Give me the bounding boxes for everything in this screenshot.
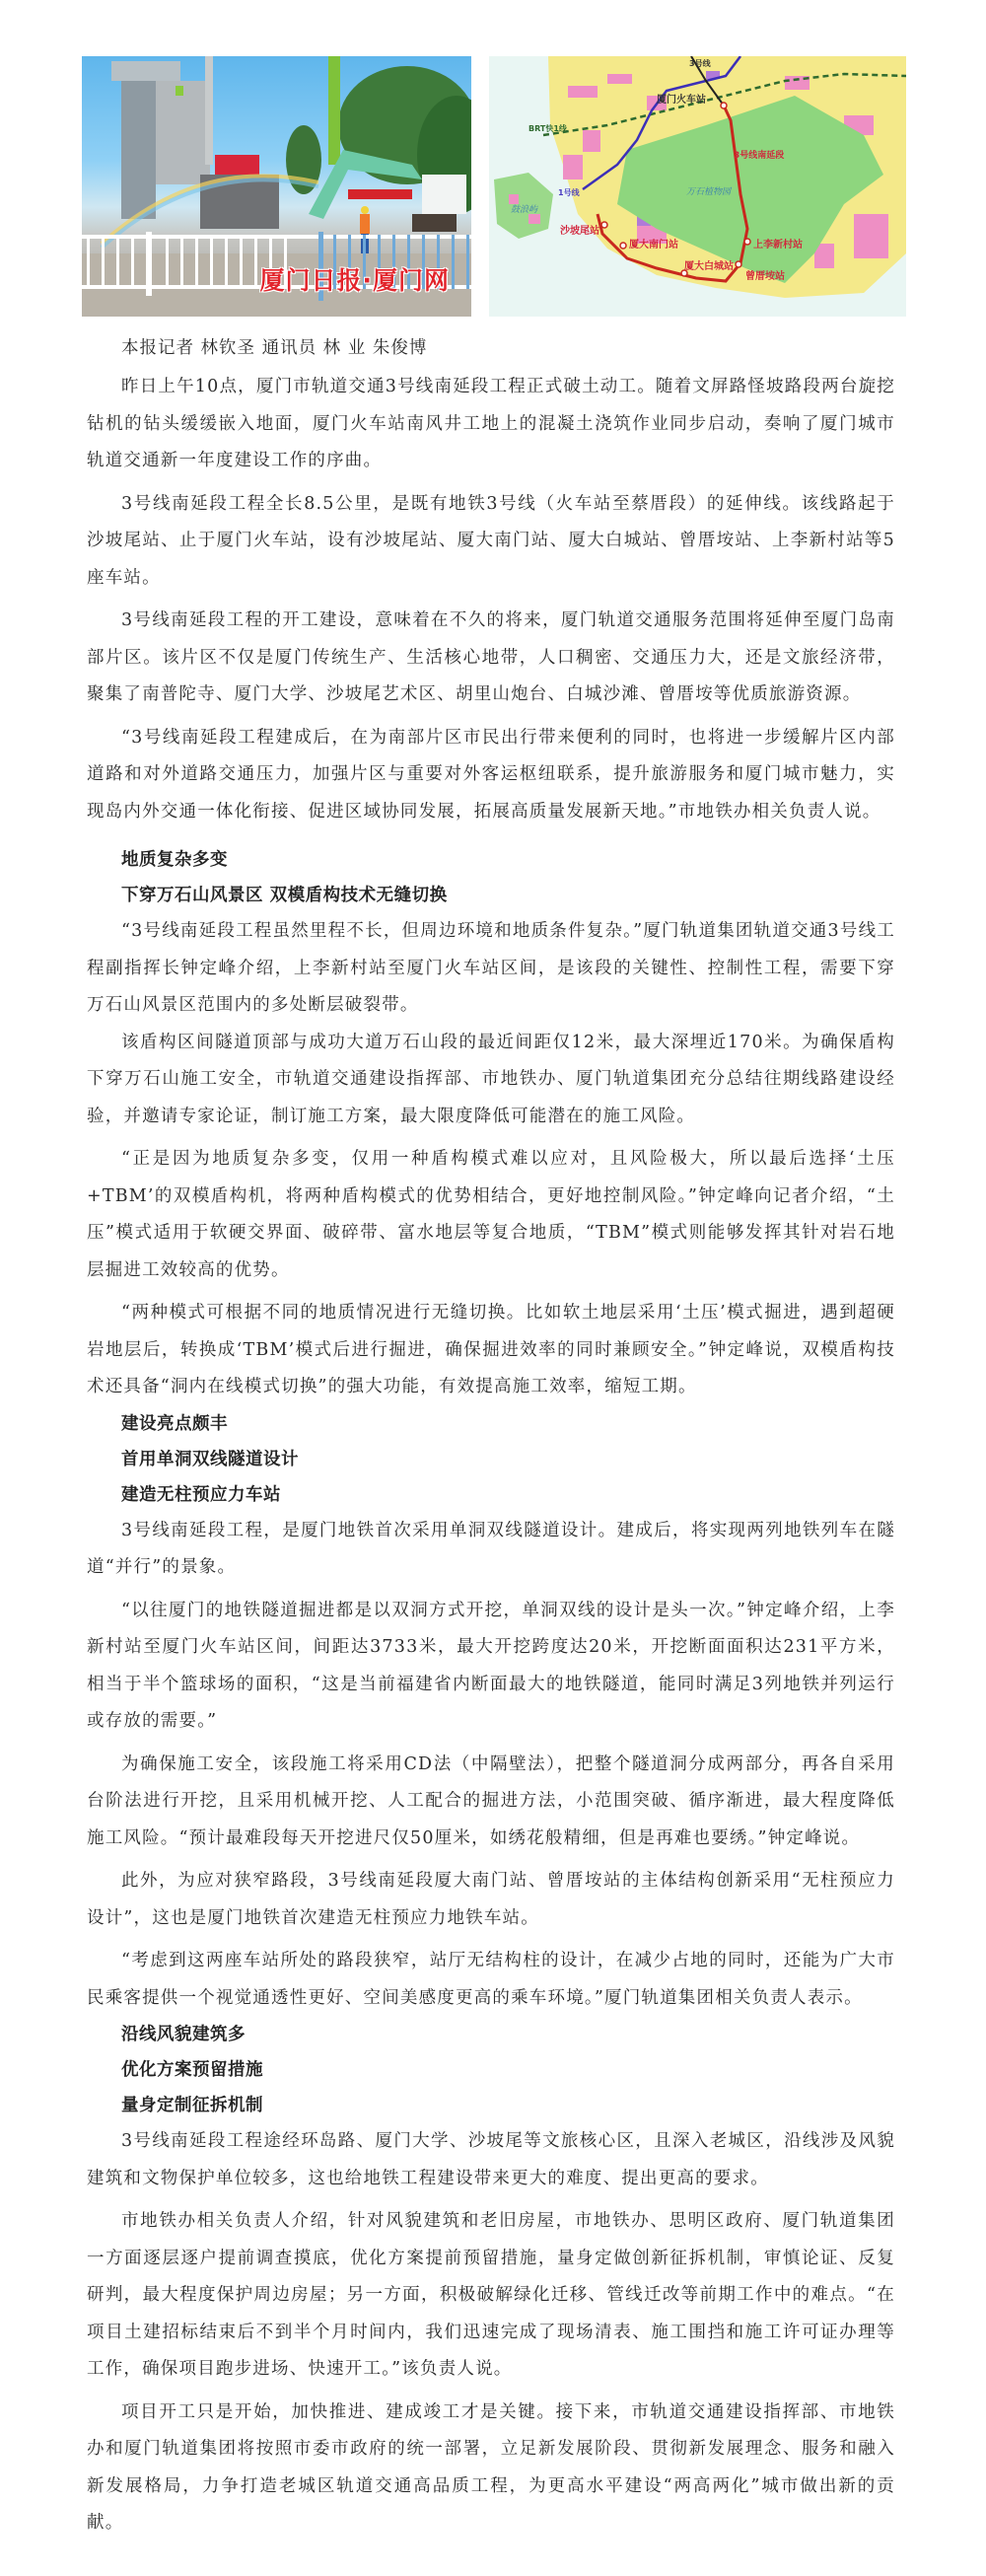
figure-row: 厦门日报·厦门网 xyxy=(82,56,906,317)
paragraph: 市地铁办相关负责人介绍，针对风貌建筑和老旧房屋，市地铁办、思明区政府、厦门轨道集… xyxy=(87,2203,895,2389)
map-label-botanical-garden: 万石植物园 xyxy=(686,184,731,197)
map-label-shapowei-station: 沙坡尾站 xyxy=(560,222,599,237)
map-label-line3: 3号线 xyxy=(689,58,711,69)
section-subheading: 优化方案预留措施 xyxy=(87,2052,895,2088)
section-heading: 地质复杂多变 xyxy=(87,842,895,878)
paragraph: 该盾构区间隧道顶部与成功大道万石山段的最近间距仅12米，最大深埋近170米。为确… xyxy=(87,1025,895,1136)
paragraph: 3号线南延段工程全长8.5公里，是既有地铁3号线（火车站至蔡厝段）的延伸线。该线… xyxy=(87,486,895,598)
map-label-xiada-baicheng-station: 厦大白城站 xyxy=(684,257,734,272)
paragraph: 3号线南延段工程的开工建设，意味着在不久的将来，厦门轨道交通服务范围将延伸至厦门… xyxy=(87,603,895,714)
paragraph: “正是因为地质复杂多变，仅用一种盾构模式难以应对，且风险极大，所以最后选择‘土压… xyxy=(87,1141,895,1289)
paragraph: 昨日上午10点，厦门市轨道交通3号线南延段工程正式破土动工。随着文屏路怪坡路段两… xyxy=(87,369,895,480)
map-label-line3-south: 3号线南延段 xyxy=(734,148,784,161)
paragraph: 此外，为应对狭窄路段，3号线南延段厦大南门站、曾厝垵站的主体结构创新采用“无柱预… xyxy=(87,1863,895,1937)
paragraph: 3号线南延段工程，是厦门地铁首次采用单洞双线隧道设计。建成后，将实现两列地铁列车… xyxy=(87,1513,895,1587)
paragraph: 3号线南延段工程途经环岛路、厦门大学、沙坡尾等文旅核心区，且深入老城区，沿线涉及… xyxy=(87,2123,895,2197)
byline: 本报记者 林钦圣 通讯员 林 业 朱俊博 xyxy=(87,331,895,365)
map-label-brt: BRT快1线 xyxy=(528,123,567,134)
metro-route-map: 厦门火车站 3号线 3号线南延段 1号线 BRT快1线 万石植物园 鼓浪屿 沙坡… xyxy=(489,56,906,317)
paragraph: “考虑到这两座车站所处的路段狭窄，站厅无结构柱的设计，在减少占地的同时，还能为广… xyxy=(87,1943,895,2017)
construction-site-photo: 厦门日报·厦门网 xyxy=(82,56,471,317)
section-subheading: 量身定制征拆机制 xyxy=(87,2088,895,2123)
section-heading: 建设亮点颇丰 xyxy=(87,1406,895,1442)
section-subheading: 首用单洞双线隧道设计 xyxy=(87,1442,895,1477)
paragraph: “3号线南延段工程虽然里程不长，但周边环境和地质条件复杂。”厦门轨道集团轨道交通… xyxy=(87,913,895,1025)
section-subheading: 下穿万石山风景区 双模盾构技术无缝切换 xyxy=(87,878,895,913)
paragraph: “以往厦门的地铁隧道掘进都是以双洞方式开挖，单洞双线的设计是头一次。”钟定峰介绍… xyxy=(87,1593,895,1741)
paragraph: 为确保施工安全，该段施工将采用CD法（中隔壁法），把整个隧道洞分成两部分，再各自… xyxy=(87,1747,895,1858)
section-heading: 沿线风貌建筑多 xyxy=(87,2017,895,2052)
map-label-zengcuoan-station: 曾厝垵站 xyxy=(745,267,785,282)
section-subheading: 建造无柱预应力车站 xyxy=(87,1477,895,1513)
map-label-gulangyu: 鼓浪屿 xyxy=(511,202,537,215)
photo-watermark: 厦门日报·厦门网 xyxy=(260,261,451,297)
article-body: 本报记者 林钦圣 通讯员 林 业 朱俊博 昨日上午10点，厦门市轨道交通3号线南… xyxy=(87,331,895,2542)
map-label-xiamen-station: 厦门火车站 xyxy=(657,91,706,106)
paragraph: 项目开工只是开始，加快推进、建成竣工才是关键。接下来，市轨道交通建设指挥部、市地… xyxy=(87,2395,895,2542)
paragraph: “两种模式可根据不同的地质情况进行无缝切换。比如软土地层采用‘土压’模式掘进，遇… xyxy=(87,1295,895,1406)
map-label-xiada-nanmen-station: 厦大南门站 xyxy=(629,236,678,250)
paragraph: “3号线南延段工程建成后，在为南部片区市民出行带来便利的同时，也将进一步缓解片区… xyxy=(87,720,895,831)
map-label-shangli-station: 上李新村站 xyxy=(753,236,803,250)
map-label-line1: 1号线 xyxy=(558,187,580,198)
